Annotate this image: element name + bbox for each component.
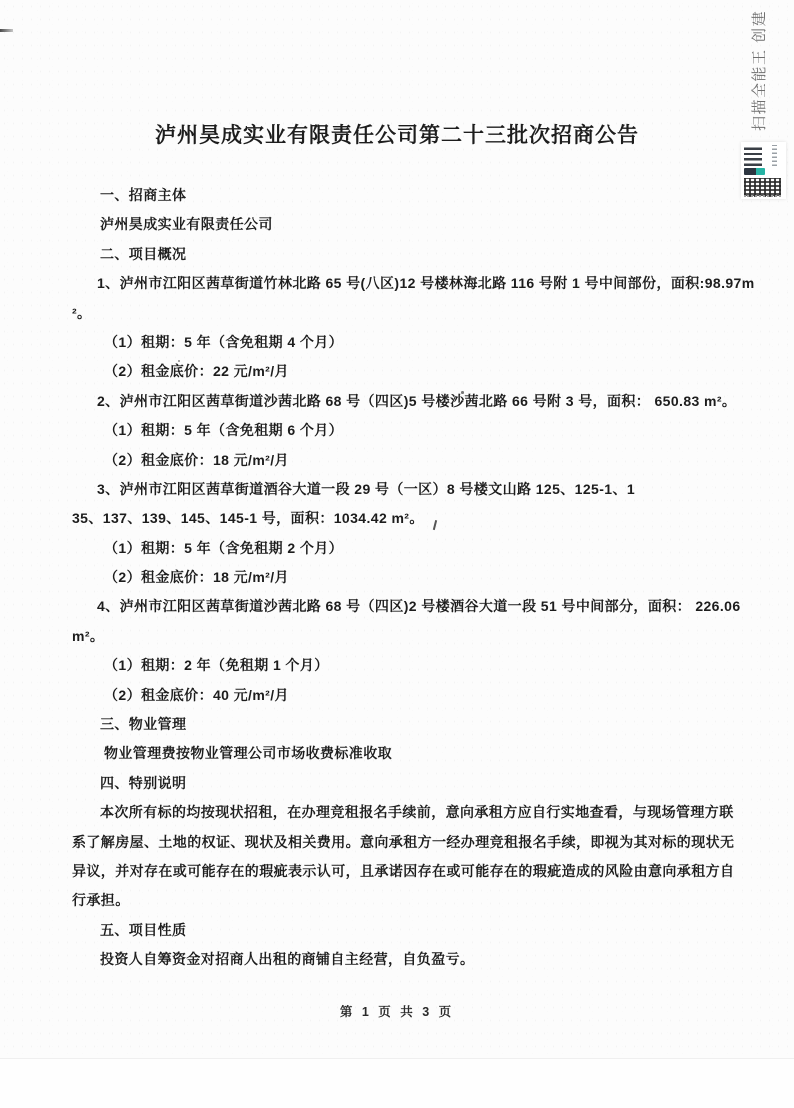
document-body: 一、招商主体 泸州昊成实业有限责任公司 二、项目概况 1、泸州市江阳区茜草街道竹… [72, 181, 752, 975]
page-number: 第 1 页 共 3 页 [0, 1002, 794, 1020]
paragraph-line: 异议，并对存在或可能存在的瑕疵表示认可，且承诺因存在或可能存在的瑕疵造成的风险由… [72, 857, 752, 886]
section-heading: 一、招商主体 [72, 181, 752, 210]
list-item: 2、泸州市江阳区茜草街道沙茜北路 68 号（四区)5 号楼沙茜北路 66 号附 … [72, 387, 752, 416]
list-item: 4、泸州市江阳区茜草街道沙茜北路 68 号（四区)2 号楼酒谷大道一段 51 号… [72, 592, 752, 621]
detail-line: （2）租金底价：18 元/m²/月 [72, 446, 752, 475]
section-heading: 五、项目性质 [72, 916, 752, 945]
qr-code-icon [744, 178, 781, 197]
section-heading: 三、物业管理 [72, 710, 752, 739]
detail-line: （2）租金底价：22 元/m²/月 [72, 357, 752, 386]
paragraph-line: 本次所有标的均按现状招租，在办理竞租报名手续前，意向承租方应自行实地查看，与现场… [72, 798, 752, 827]
text-line: 35、137、139、145、145-1 号，面积：1034.42 m²。 [72, 504, 752, 533]
paragraph-line: 投资人自筹资金对招商人出租的商铺自主经营，自负盈亏。 [72, 945, 752, 974]
scan-artifact-dash [0, 29, 13, 32]
camscanner-logo-text-rows [744, 145, 769, 166]
text-line: 物业管理费按物业管理公司市场收费标准收取 [72, 739, 752, 768]
section-heading: 四、特别说明 [72, 769, 752, 798]
detail-line: （1）租期：5 年（含免租期 6 个月） [72, 416, 752, 445]
detail-line: （1）租期：5 年（含免租期 4 个月） [72, 328, 752, 357]
paragraph-line: 行承担。 [72, 886, 752, 915]
scanned-document-page: { "page": { "title": "泸州昊成实业有限责任公司第二十三批次… [0, 0, 794, 1108]
text-line: 泸州昊成实业有限责任公司 [72, 210, 752, 239]
section-heading: 二、项目概况 [72, 240, 752, 269]
camscanner-logo-icon [741, 142, 786, 199]
text-line: ²。 [72, 299, 752, 328]
camscanner-cs-badge-icon [744, 168, 765, 175]
detail-line: （1）租期：2 年（免租期 1 个月） [72, 651, 752, 680]
text-line: m²。 [72, 622, 752, 651]
detail-line: （2）租金底价：40 元/m²/月 [72, 681, 752, 710]
paragraph-line: 系了解房屋、土地的权证、现状及相关费用。意向承租方一经办理竞租报名手续，即视为其… [72, 828, 752, 857]
scan-bottom-edge [0, 1058, 794, 1108]
camscanner-watermark-text: 扫描全能王 创建 [748, 10, 769, 131]
detail-line: （1）租期：5 年（含免租期 2 个月） [72, 534, 752, 563]
list-item: 1、泸州市江阳区茜草街道竹林北路 65 号(八区)12 号楼林海北路 116 号… [72, 269, 752, 298]
list-item: 3、泸州市江阳区茜草街道酒谷大道一段 29 号（一区）8 号楼文山路 125、1… [72, 475, 752, 504]
detail-line: （2）租金底价：18 元/m²/月 [72, 563, 752, 592]
page-title: 泸州昊成实业有限责任公司第二十三批次招商公告 [0, 119, 794, 149]
